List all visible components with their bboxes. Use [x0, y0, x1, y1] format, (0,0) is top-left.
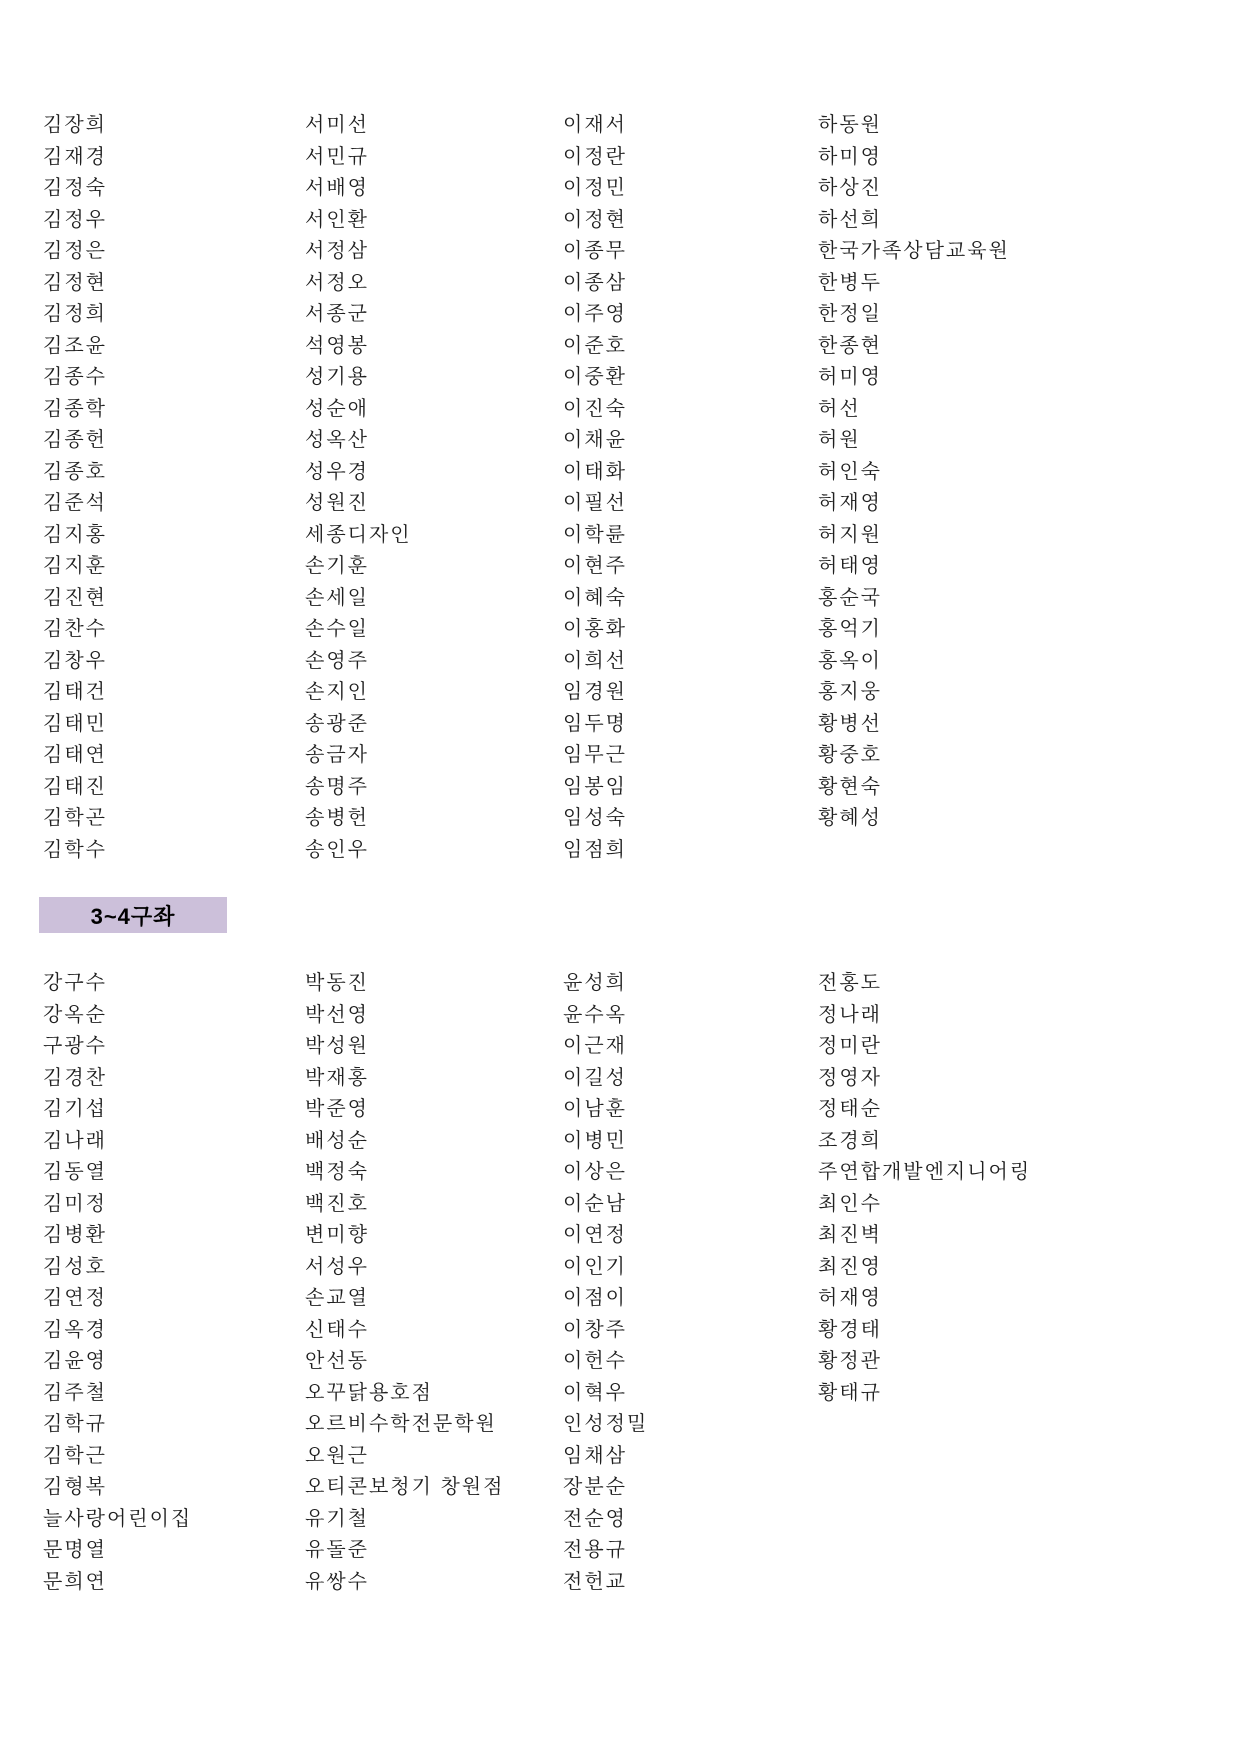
list-item: 구광수 — [43, 1031, 192, 1063]
name-column-1: 김장희김재경김정숙김정우김정은김정현김정희김조윤김종수김종학김종헌김종호김준석김… — [43, 110, 107, 866]
list-item: 김형복 — [43, 1472, 192, 1504]
list-item: 송명주 — [305, 772, 412, 804]
list-item: 김미정 — [43, 1189, 192, 1221]
name-column-4: 하동원하미영하상진하선희한국가족상담교육원한병두한정일한종현허미영허선허원허인숙… — [818, 110, 1010, 835]
list-item: 홍지웅 — [818, 677, 1010, 709]
list-item: 황태규 — [818, 1378, 1031, 1410]
list-item: 유돌준 — [305, 1535, 504, 1567]
list-item: 황혜성 — [818, 803, 1010, 835]
name-column-1: 강구수강옥순구광수김경찬김기섭김나래김동열김미정김병환김성호김연정김옥경김윤영김… — [43, 968, 192, 1598]
list-item: 김지훈 — [43, 551, 107, 583]
list-item: 이헌수 — [563, 1346, 648, 1378]
list-item: 이혁우 — [563, 1378, 648, 1410]
list-item: 이연정 — [563, 1220, 648, 1252]
list-item: 인성정밀 — [563, 1409, 648, 1441]
list-item: 이점이 — [563, 1283, 648, 1315]
list-item: 한병두 — [818, 268, 1010, 300]
list-item: 전순영 — [563, 1504, 648, 1536]
list-item: 장분순 — [563, 1472, 648, 1504]
list-item: 하선희 — [818, 205, 1010, 237]
list-item: 서미선 — [305, 110, 412, 142]
list-item: 김정은 — [43, 236, 107, 268]
section-header-label: 3~4구좌 — [91, 900, 176, 931]
list-item: 송광준 — [305, 709, 412, 741]
list-item: 김정현 — [43, 268, 107, 300]
list-item: 조경희 — [818, 1126, 1031, 1158]
list-item: 정태순 — [818, 1094, 1031, 1126]
list-item: 김진현 — [43, 583, 107, 615]
list-item: 주연합개발엔지니어링 — [818, 1157, 1031, 1189]
list-item: 정미란 — [818, 1031, 1031, 1063]
list-item: 한정일 — [818, 299, 1010, 331]
list-item: 이종무 — [563, 236, 627, 268]
name-column-2: 서미선서민규서배영서인환서정삼서정오서종군석영봉성기용성순애성옥산성우경성원진세… — [305, 110, 412, 866]
list-item: 김태건 — [43, 677, 107, 709]
list-item: 성옥산 — [305, 425, 412, 457]
list-item: 임무근 — [563, 740, 627, 772]
list-item: 김경찬 — [43, 1063, 192, 1095]
list-item: 문명열 — [43, 1535, 192, 1567]
list-item: 임경원 — [563, 677, 627, 709]
list-item: 허원 — [818, 425, 1010, 457]
list-item: 배성순 — [305, 1126, 504, 1158]
list-item: 김나래 — [43, 1126, 192, 1158]
list-item: 성순애 — [305, 394, 412, 426]
list-item: 성원진 — [305, 488, 412, 520]
list-item: 최진영 — [818, 1252, 1031, 1284]
list-item: 이인기 — [563, 1252, 648, 1284]
list-item: 전헌교 — [563, 1567, 648, 1599]
list-item: 박선영 — [305, 1000, 504, 1032]
list-item: 임두명 — [563, 709, 627, 741]
list-item: 윤수옥 — [563, 1000, 648, 1032]
list-item: 황병선 — [818, 709, 1010, 741]
list-item: 김태민 — [43, 709, 107, 741]
list-item: 김옥경 — [43, 1315, 192, 1347]
list-item: 김정숙 — [43, 173, 107, 205]
list-item: 성우경 — [305, 457, 412, 489]
list-item: 신태수 — [305, 1315, 504, 1347]
donor-list-page: 김장희김재경김정숙김정우김정은김정현김정희김조윤김종수김종학김종헌김종호김준석김… — [0, 0, 1240, 1754]
list-item: 김찬수 — [43, 614, 107, 646]
list-item: 김태연 — [43, 740, 107, 772]
list-item: 이혜숙 — [563, 583, 627, 615]
list-item: 임점희 — [563, 835, 627, 867]
list-item: 김지홍 — [43, 520, 107, 552]
list-item: 서배영 — [305, 173, 412, 205]
list-item: 이희선 — [563, 646, 627, 678]
list-item: 김정희 — [43, 299, 107, 331]
list-item: 김정우 — [43, 205, 107, 237]
list-item: 손수일 — [305, 614, 412, 646]
list-item: 김학근 — [43, 1441, 192, 1473]
list-item: 이창주 — [563, 1315, 648, 1347]
list-item: 홍옥이 — [818, 646, 1010, 678]
list-item: 이현주 — [563, 551, 627, 583]
list-item: 서민규 — [305, 142, 412, 174]
list-item: 김재경 — [43, 142, 107, 174]
list-item: 이채윤 — [563, 425, 627, 457]
list-item: 늘사랑어린이집 — [43, 1504, 192, 1536]
list-item: 서인환 — [305, 205, 412, 237]
list-item: 한국가족상담교육원 — [818, 236, 1010, 268]
list-item: 김준석 — [43, 488, 107, 520]
list-item: 김기섭 — [43, 1094, 192, 1126]
list-item: 황정관 — [818, 1346, 1031, 1378]
list-item: 김연정 — [43, 1283, 192, 1315]
list-item: 김학규 — [43, 1409, 192, 1441]
list-item: 김윤영 — [43, 1346, 192, 1378]
list-item: 이순남 — [563, 1189, 648, 1221]
list-item: 허재영 — [818, 1283, 1031, 1315]
list-item: 김종헌 — [43, 425, 107, 457]
list-item: 손기훈 — [305, 551, 412, 583]
name-column-3: 윤성희윤수옥이근재이길성이남훈이병민이상은이순남이연정이인기이점이이창주이헌수이… — [563, 968, 648, 1598]
list-item: 오티콘보청기 창원점 — [305, 1472, 504, 1504]
list-item: 이정현 — [563, 205, 627, 237]
list-item: 강옥순 — [43, 1000, 192, 1032]
list-item: 이상은 — [563, 1157, 648, 1189]
list-item: 이홍화 — [563, 614, 627, 646]
list-item: 성기용 — [305, 362, 412, 394]
name-column-2: 박동진박선영박성원박재홍박준영배성순백정숙백진호변미향서성우손교열신태수안선동오… — [305, 968, 504, 1598]
list-item: 서정오 — [305, 268, 412, 300]
list-item: 이중환 — [563, 362, 627, 394]
list-item: 김종호 — [43, 457, 107, 489]
list-item: 이준호 — [563, 331, 627, 363]
list-item: 김조윤 — [43, 331, 107, 363]
list-item: 서정삼 — [305, 236, 412, 268]
section-header-3-4-gujwa: 3~4구좌 — [39, 897, 227, 933]
list-item: 오꾸닭용호점 — [305, 1378, 504, 1410]
list-item: 송인우 — [305, 835, 412, 867]
name-column-3: 이재서이정란이정민이정현이종무이종삼이주영이준호이중환이진숙이채윤이태화이필선이… — [563, 110, 627, 866]
list-item: 이종삼 — [563, 268, 627, 300]
list-item: 이남훈 — [563, 1094, 648, 1126]
list-item: 이진숙 — [563, 394, 627, 426]
list-item: 이근재 — [563, 1031, 648, 1063]
list-item: 김주철 — [43, 1378, 192, 1410]
list-item: 백정숙 — [305, 1157, 504, 1189]
list-item: 홍억기 — [818, 614, 1010, 646]
list-item: 전홍도 — [818, 968, 1031, 1000]
list-item: 허미영 — [818, 362, 1010, 394]
list-item: 안선동 — [305, 1346, 504, 1378]
list-item: 이태화 — [563, 457, 627, 489]
list-item: 김성호 — [43, 1252, 192, 1284]
list-item: 정나래 — [818, 1000, 1031, 1032]
list-item: 이재서 — [563, 110, 627, 142]
list-item: 이정란 — [563, 142, 627, 174]
list-item: 김학곤 — [43, 803, 107, 835]
list-item: 윤성희 — [563, 968, 648, 1000]
list-item: 허선 — [818, 394, 1010, 426]
list-item: 김태진 — [43, 772, 107, 804]
list-item: 김동열 — [43, 1157, 192, 1189]
list-item: 박준영 — [305, 1094, 504, 1126]
name-column-4: 전홍도정나래정미란정영자정태순조경희주연합개발엔지니어링최인수최진벽최진영허재영… — [818, 968, 1031, 1409]
list-item: 허지원 — [818, 520, 1010, 552]
list-item: 오르비수학전문학원 — [305, 1409, 504, 1441]
list-item: 송병헌 — [305, 803, 412, 835]
list-item: 허인숙 — [818, 457, 1010, 489]
list-item: 박동진 — [305, 968, 504, 1000]
list-item: 황현숙 — [818, 772, 1010, 804]
list-item: 하상진 — [818, 173, 1010, 205]
list-item: 최인수 — [818, 1189, 1031, 1221]
list-item: 홍순국 — [818, 583, 1010, 615]
list-item: 황중호 — [818, 740, 1010, 772]
list-item: 세종디자인 — [305, 520, 412, 552]
list-item: 허재영 — [818, 488, 1010, 520]
list-item: 문희연 — [43, 1567, 192, 1599]
list-item: 하동원 — [818, 110, 1010, 142]
list-item: 이주영 — [563, 299, 627, 331]
list-item: 석영봉 — [305, 331, 412, 363]
list-item: 정영자 — [818, 1063, 1031, 1095]
list-item: 손영주 — [305, 646, 412, 678]
list-item: 유쌍수 — [305, 1567, 504, 1599]
list-item: 이필선 — [563, 488, 627, 520]
list-item: 이학륜 — [563, 520, 627, 552]
list-item: 전용규 — [563, 1535, 648, 1567]
list-item: 손교열 — [305, 1283, 504, 1315]
list-item: 하미영 — [818, 142, 1010, 174]
list-item: 임채삼 — [563, 1441, 648, 1473]
list-item: 이길성 — [563, 1063, 648, 1095]
list-item: 임성숙 — [563, 803, 627, 835]
list-item: 김학수 — [43, 835, 107, 867]
list-item: 송금자 — [305, 740, 412, 772]
list-item: 손지인 — [305, 677, 412, 709]
list-item: 허태영 — [818, 551, 1010, 583]
list-item: 황경태 — [818, 1315, 1031, 1347]
list-item: 김장희 — [43, 110, 107, 142]
list-item: 임봉임 — [563, 772, 627, 804]
list-item: 이병민 — [563, 1126, 648, 1158]
list-item: 손세일 — [305, 583, 412, 615]
list-item: 백진호 — [305, 1189, 504, 1221]
list-item: 변미향 — [305, 1220, 504, 1252]
list-item: 박재홍 — [305, 1063, 504, 1095]
list-item: 김종학 — [43, 394, 107, 426]
list-item: 김종수 — [43, 362, 107, 394]
list-item: 유기철 — [305, 1504, 504, 1536]
list-item: 오원근 — [305, 1441, 504, 1473]
list-item: 서성우 — [305, 1252, 504, 1284]
list-item: 박성원 — [305, 1031, 504, 1063]
list-item: 강구수 — [43, 968, 192, 1000]
list-item: 한종현 — [818, 331, 1010, 363]
list-item: 최진벽 — [818, 1220, 1031, 1252]
list-item: 김창우 — [43, 646, 107, 678]
list-item: 김병환 — [43, 1220, 192, 1252]
list-item: 이정민 — [563, 173, 627, 205]
list-item: 서종군 — [305, 299, 412, 331]
